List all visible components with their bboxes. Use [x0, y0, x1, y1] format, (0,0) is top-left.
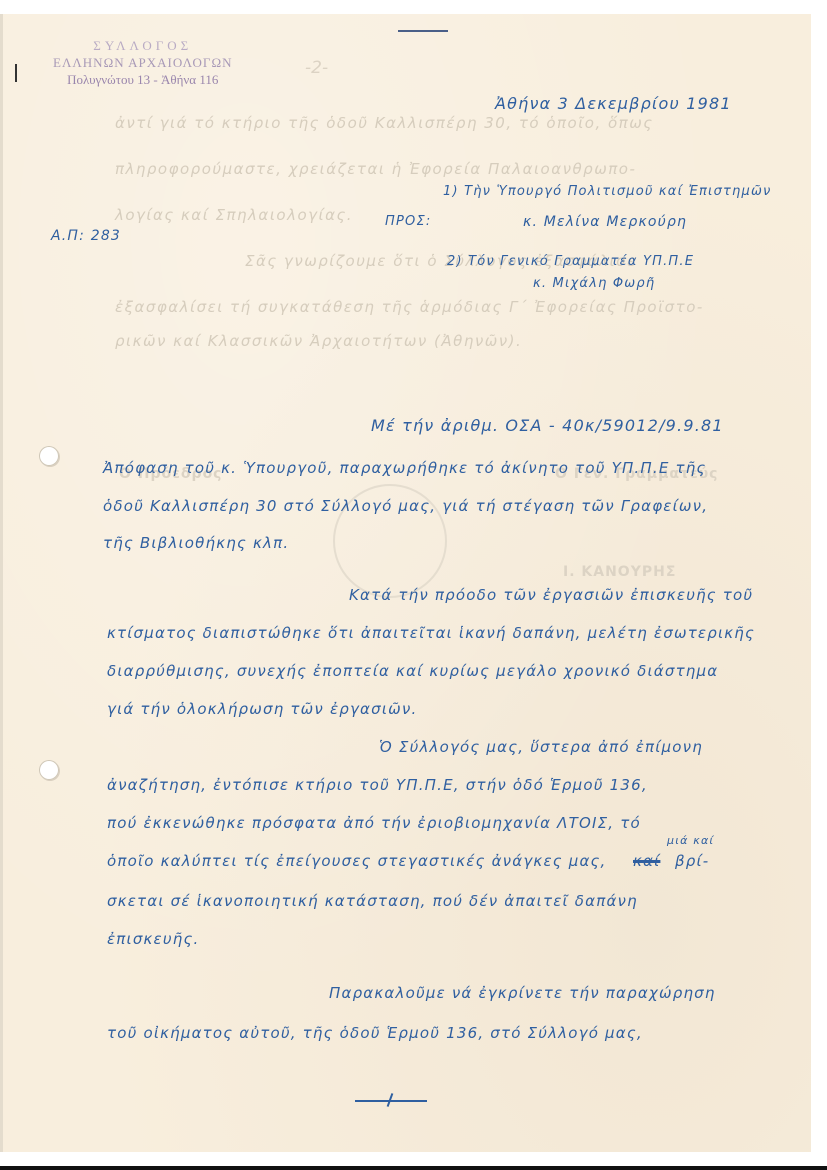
showthrough-signature-name-right: Ι. ΚΑΝΟΥΡΗΣ	[563, 564, 676, 580]
recipient-1-name: κ. Μελίνα Μερκούρη	[523, 214, 687, 230]
paragraph-3-line: ἀναζήτηση, ἐντόπισε κτήριο τοῦ ΥΠ.Π.Ε, σ…	[107, 776, 648, 794]
recipients-label: ΠΡΟΣ:	[385, 214, 431, 229]
binder-hole-lower	[39, 760, 59, 780]
protocol-number: Α.Π: 283	[51, 228, 121, 244]
letter-date: Ἀθήνα 3 Δεκεμβρίου 1981	[495, 94, 732, 113]
continuation-mark	[355, 1100, 427, 1102]
struck-word: καί	[633, 852, 660, 870]
paragraph-3-line: πού ἐκκενώθηκε πρόσφατα ἀπό τήν ἐριοβιομ…	[107, 814, 641, 832]
reference-number: Μέ τήν ἀριθμ. ΟΣΑ - 40κ/59012/9.9.81	[371, 416, 724, 435]
paragraph-2-line: γιά τήν ὁλοκλήρωση τῶν ἐργασιῶν.	[107, 700, 417, 718]
paragraph-2-line: διαρρύθμισης, συνεχής ἐποπτεία καί κυρίω…	[107, 662, 718, 680]
recipient-2-name: κ. Μιχάλη Φωρῆ	[533, 276, 655, 291]
paragraph-4-line: Παρακαλοῦμε νά ἐγκρίνετε τήν παραχώρηση	[329, 984, 716, 1002]
paragraph-2-line: κτίσματος διαπιστώθηκε ὅτι ἀπαιτεῖται ἱκ…	[107, 624, 755, 642]
paragraph-3-line: Ὁ Σύλλογός μας, ὕστερα ἀπό ἐπίμονη	[379, 738, 703, 756]
recipient-2-line: 2) Τόν Γενικό Γραμματέα ΥΠ.Π.Ε	[447, 254, 694, 269]
handwritten-insertion: μιά καί	[667, 834, 714, 847]
paragraph-3-line: ὁποῖο καλύπτει τίς ἐπείγουσες στεγαστικέ…	[107, 852, 607, 870]
binder-hole-upper	[39, 446, 59, 466]
margin-bracket-mark	[15, 64, 17, 82]
showthrough-page-number: -2-	[305, 58, 328, 78]
paragraph-3-line: σκεται σέ ἱκανοποιητική κατάσταση, πού δ…	[107, 892, 638, 910]
hyphenated-word-start: βρί-	[675, 852, 709, 870]
letterhead-address: Πολυγνώτου 13 - Ἀθήνα 116	[53, 72, 233, 88]
showthrough-line: ρικῶν καί Κλασσικῶν Ἀρχαιοτήτων (Ἀθηνῶν)…	[115, 332, 522, 350]
paragraph-1-line: τῆς Βιβλιοθήκης κλπ.	[103, 534, 289, 552]
letter-page: ΣΥΛΛΟΓΟΣ ΕΛΛΗΝΩΝ ΑΡΧΑΙΟΛΟΓΩΝ Πολυγνώτου …	[0, 14, 811, 1152]
showthrough-line: λογίας καί Σπηλαιολογίας.	[115, 206, 353, 224]
letterhead-line-2: ΕΛΛΗΝΩΝ ΑΡΧΑΙΟΛΟΓΩΝ	[53, 55, 233, 71]
showthrough-line: ἐξασφαλίσει τή συγκατάθεση τῆς ἁρμόδιας …	[115, 298, 704, 316]
paragraph-2-line: Κατά τήν πρόοδο τῶν ἐργασιῶν ἐπισκευῆς τ…	[349, 586, 753, 604]
letterhead: ΣΥΛΛΟΓΟΣ ΕΛΛΗΝΩΝ ΑΡΧΑΙΟΛΟΓΩΝ Πολυγνώτου …	[53, 38, 233, 88]
letterhead-line-1: ΣΥΛΛΟΓΟΣ	[53, 38, 233, 54]
showthrough-line: ἀντί γιά τό κτήριο τῆς ὁδοῦ Καλλισπέρη 3…	[115, 114, 654, 132]
scan-bottom-border	[0, 1166, 827, 1170]
paragraph-1-line: ὁδοῦ Καλλισπέρη 30 στό Σύλλογό μας, γιά …	[103, 497, 708, 515]
paragraph-3-line: ἐπισκευῆς.	[107, 930, 199, 948]
recipient-1-line: 1) Τὴν Ὑπουργό Πολιτισμοῦ καί Ἐπιστημῶν	[443, 184, 772, 199]
paragraph-1-line: Ἀπόφαση τοῦ κ. Ὑπουργοῦ, παραχωρήθηκε τό…	[103, 459, 706, 477]
paragraph-4-line: τοῦ οἰκήματος αὐτοῦ, τῆς ὁδοῦ Ἑρμοῦ 136,…	[107, 1024, 643, 1042]
showthrough-line: πληροφορούμαστε, χρειάζεται ἡ Ἐφορεία Πα…	[115, 160, 636, 178]
top-edge-mark	[398, 30, 448, 32]
